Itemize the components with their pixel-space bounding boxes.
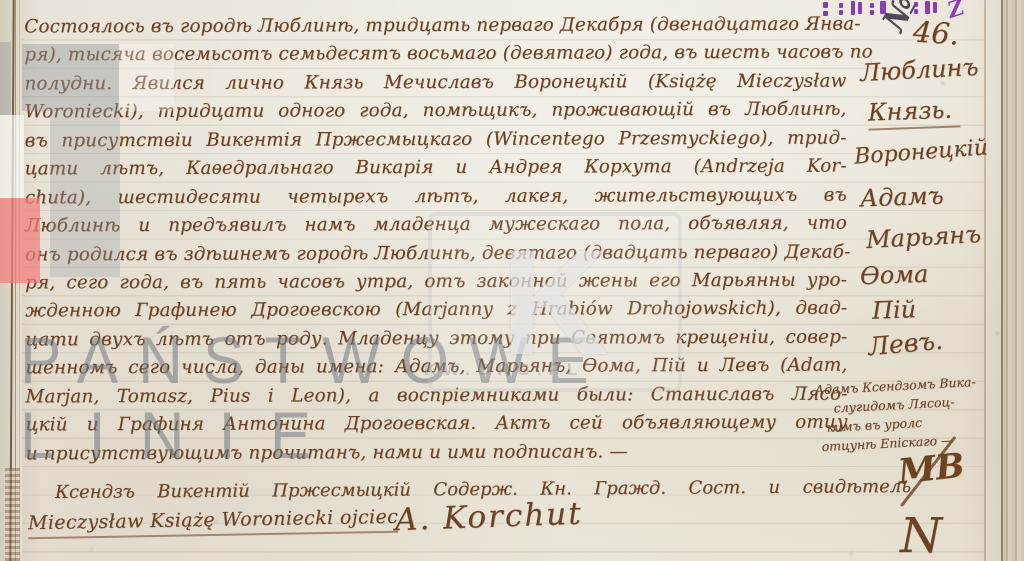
watermark-logo-letter: K bbox=[501, 227, 609, 377]
paper-speckles bbox=[0, 0, 3, 3]
stamp-mark bbox=[823, 11, 828, 16]
father-signature: Mieczysław Książę Woroniecki ojciec bbox=[28, 506, 399, 539]
watermark-text-line2: LINIE bbox=[20, 399, 345, 474]
stamp-mark bbox=[823, 2, 828, 8]
scanned-register-page: Состоялось въ городѣ Люблинѣ, тридцать п… bbox=[0, 0, 1024, 561]
stamp-mark bbox=[925, 1, 930, 14]
margin-name: Люблинъ bbox=[859, 53, 979, 87]
margin-name: Пій bbox=[872, 295, 917, 325]
stamp-mark bbox=[870, 3, 874, 8]
record-line: въ присутствіи Викентія Пржесмыцкаго (Wi… bbox=[25, 127, 847, 158]
stamp-mark bbox=[839, 10, 843, 15]
watermark-gray-block bbox=[22, 44, 119, 111]
margin-name: Адамъ bbox=[860, 182, 945, 213]
stamp-mark bbox=[839, 3, 843, 8]
margin-name: Воронецкій bbox=[853, 135, 988, 169]
margin-name: Марьянъ bbox=[865, 220, 981, 254]
stamp-mark bbox=[933, 2, 937, 13]
witness-signature: A. Korchut bbox=[394, 496, 583, 539]
stamp-mark bbox=[851, 1, 855, 15]
record-line: цати лѣтъ, Каѳедральнаго Викарія и Андре… bbox=[25, 156, 847, 187]
record-line: chuta), шестидесяти четырехъ лѣтъ, лакея… bbox=[25, 184, 847, 215]
stamp-mark bbox=[858, 2, 862, 14]
watermark-gray-block bbox=[50, 111, 120, 277]
watermark-gray-block bbox=[0, 42, 11, 115]
watermark-white-block bbox=[119, 44, 174, 111]
margin-rule-line bbox=[984, 0, 986, 561]
binding-thread bbox=[5, 468, 20, 561]
record-line: Состоялось въ городѣ Люблинѣ, тридцать п… bbox=[24, 14, 846, 45]
stamp-mark bbox=[870, 10, 874, 15]
next-entry-flourish: N bbox=[900, 508, 942, 561]
margin-annotation: Адамъ Ксендзомъ Вика-слугидомъ Лясоц-ким… bbox=[814, 370, 1024, 457]
watermark-red-block bbox=[0, 198, 40, 283]
watermark-white-block bbox=[0, 115, 24, 198]
margin-name: Левъ. bbox=[867, 326, 944, 361]
page-right-edge bbox=[1001, 0, 1024, 561]
margin-name: Ѳома bbox=[860, 260, 929, 290]
watermark-url-text: KW.ORG.PL bbox=[424, 360, 584, 380]
margin-name: Князь. bbox=[867, 95, 960, 130]
